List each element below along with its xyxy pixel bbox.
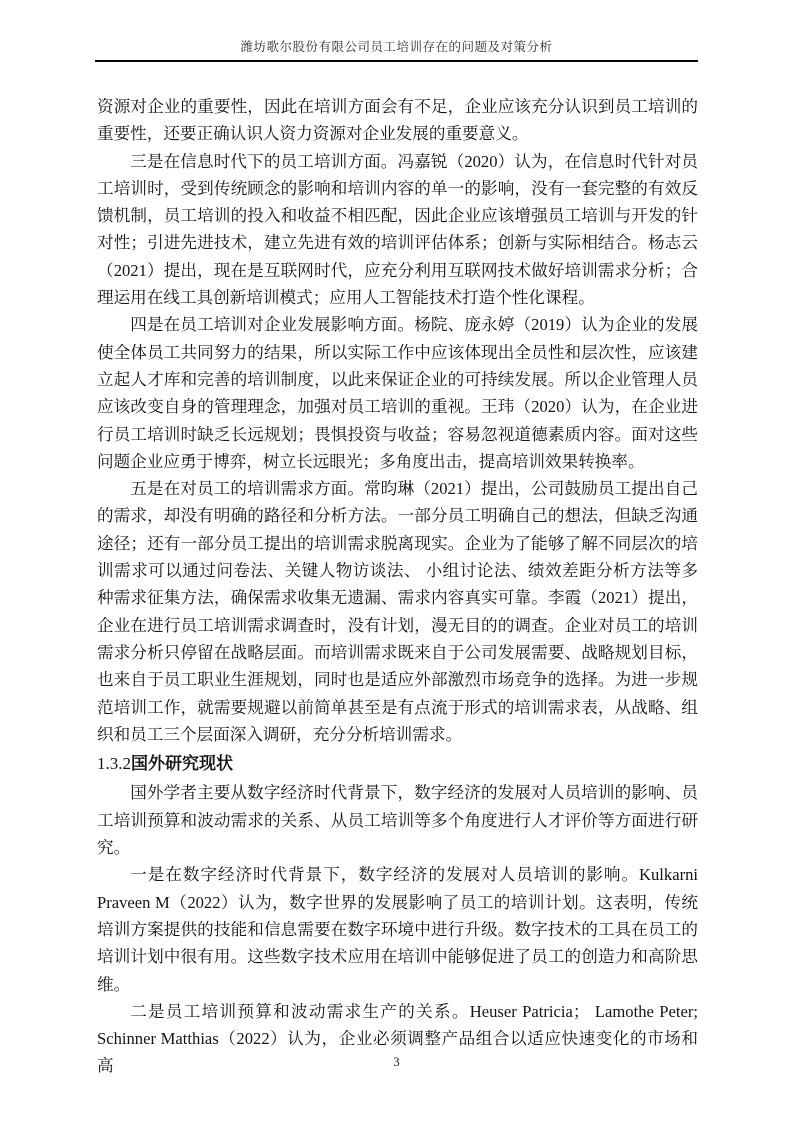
paragraph-point-five: 五是在对员工的培训需求方面。常昀琳（2021）提出，公司鼓励员工提出自己的需求，… — [97, 475, 698, 748]
section-heading: 1.3.2国外研究现状 — [97, 750, 698, 777]
paragraph-foreign-point-one: 一是在数字经济时代背景下，数字经济的发展对人员培训的影响。Kulkarni Pr… — [97, 861, 698, 997]
page-body: 资源对企业的重要性，因此在培训方面会有不足，企业应该充分认识到员工培训的重要性，… — [97, 93, 698, 1080]
paragraph-foreign-intro: 国外学者主要从数字经济时代背景下，数字经济的发展对人员培训的影响、员工培训预算和… — [97, 779, 698, 861]
paragraph-point-three: 三是在信息时代下的员工培训方面。冯嘉锐（2020）认为，在信息时代针对员工培训时… — [97, 148, 698, 312]
page-header: 潍坊歌尔股份有限公司员工培训存在的问题及对策分析 — [95, 38, 698, 62]
paragraph-continuation: 资源对企业的重要性，因此在培训方面会有不足，企业应该充分认识到员工培训的重要性，… — [97, 93, 698, 148]
document-page: 潍坊歌尔股份有限公司员工培训存在的问题及对策分析 资源对企业的重要性，因此在培训… — [0, 0, 793, 1122]
section-number: 1.3.2 — [97, 754, 131, 773]
section-title: 国外研究现状 — [131, 754, 233, 773]
page-number: 3 — [393, 1055, 399, 1069]
header-divider — [95, 60, 698, 62]
page-footer: 3 — [0, 1055, 793, 1070]
paragraph-point-four: 四是在员工培训对企业发展影响方面。杨院、庞永婷（2019）认为企业的发展使全体员… — [97, 311, 698, 475]
running-head-title: 潍坊歌尔股份有限公司员工培训存在的问题及对策分析 — [95, 38, 698, 56]
